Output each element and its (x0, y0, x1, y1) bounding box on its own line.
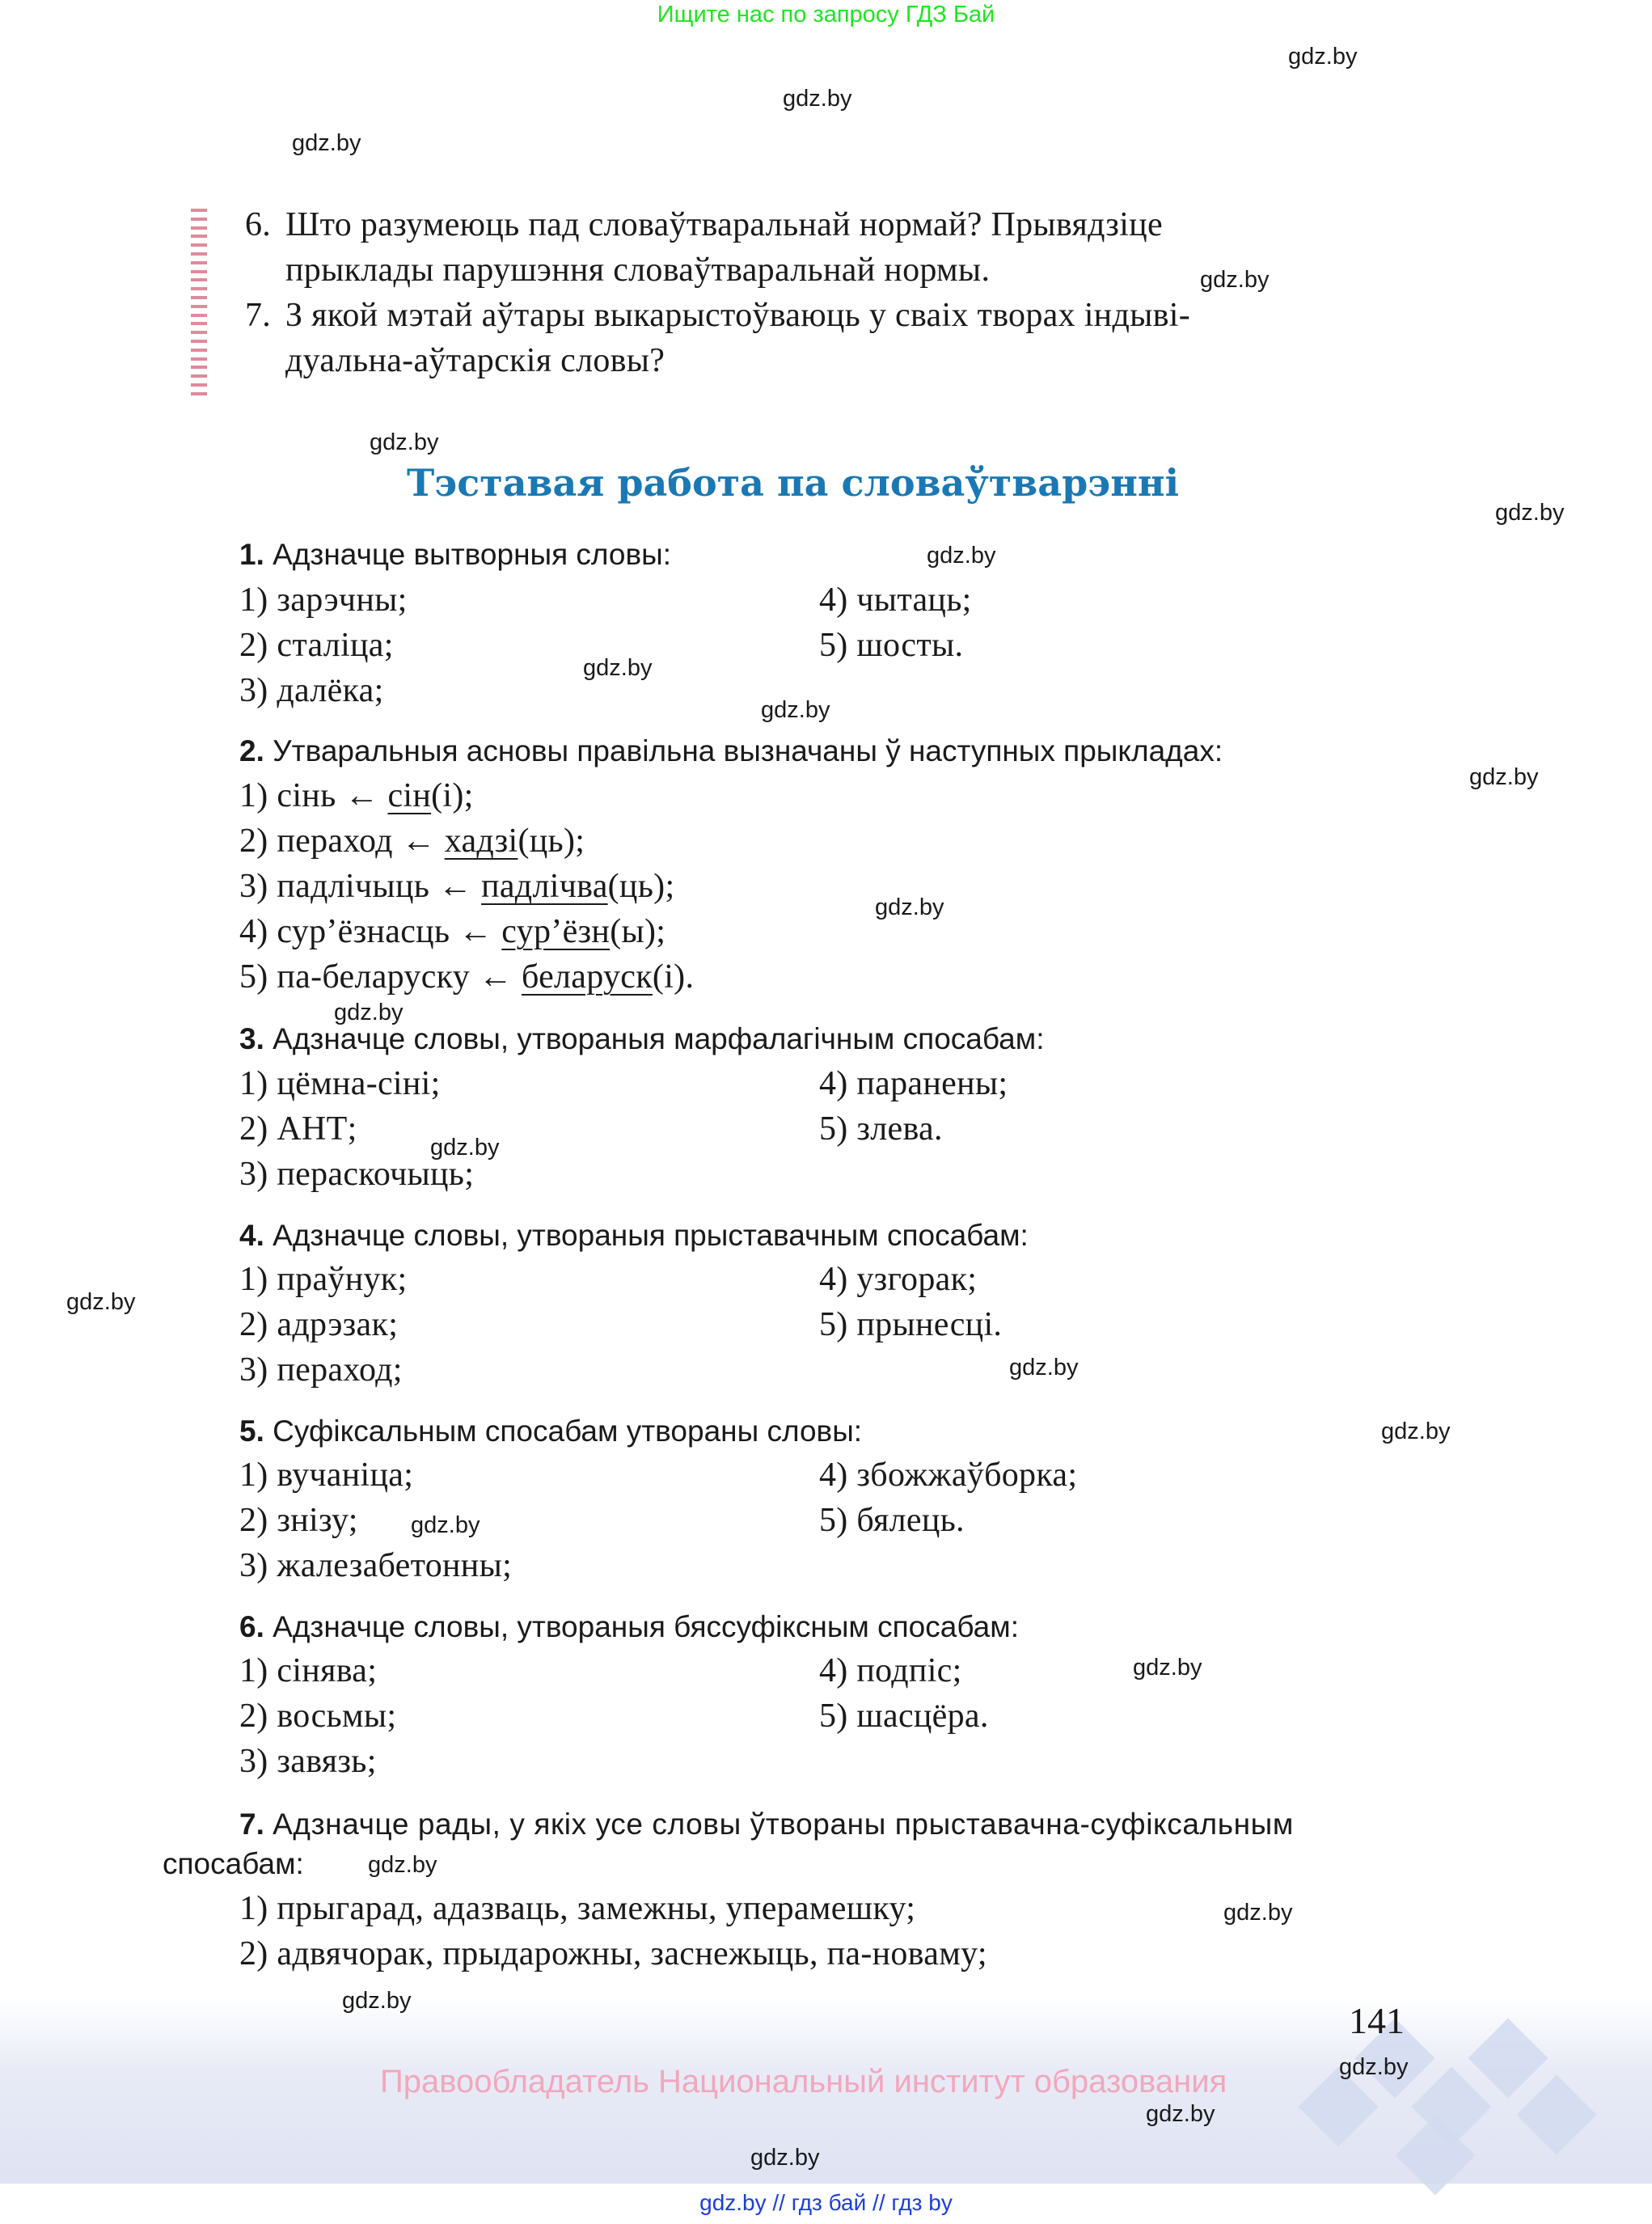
watermark: gdz.by (1381, 1419, 1450, 1445)
test-4-option-4: 4) узгорак; (819, 1260, 977, 1299)
test-item-7-stem-line2: спосабам: (163, 1847, 304, 1881)
watermark: gdz.by (1146, 2101, 1215, 2128)
test-4-option-3: 3) пераход; (239, 1351, 403, 1389)
watermark: gdz.by (927, 543, 995, 569)
watermark: gdz.by (342, 1988, 411, 2015)
watermark: gdz.by (1009, 1355, 1078, 1381)
test-5-option-5: 5) бялець. (819, 1501, 965, 1540)
question-6-number: 6. (245, 205, 271, 244)
decorative-diamond (1468, 2019, 1548, 2099)
test-2-option-2: 2) пераход ← хадзі(ць); (239, 822, 585, 860)
watermark: gdz.by (1133, 1655, 1202, 1681)
section-heading: Тэставая работа па словаўтварэнні (407, 461, 1179, 505)
test-1-option-3: 3) далёка; (239, 671, 384, 710)
test-6-option-1: 1) сінява; (239, 1651, 377, 1690)
test-item-3-stem: 3. Адзначце словы, утвораныя марфалагічн… (239, 1022, 1044, 1056)
test-item-1-stem: 1. Адзначце вытворныя словы: (239, 538, 671, 572)
test-3-option-1: 1) цёмна-сіні; (239, 1064, 441, 1103)
watermark: gdz.by (1339, 2054, 1408, 2081)
test-5-option-1: 1) вучаніца; (239, 1456, 413, 1495)
question-7-line2: дуальна-аўтарскія словы? (285, 341, 665, 380)
bottom-links[interactable]: gdz.by // гдз бай // гдз by (0, 2190, 1652, 2216)
test-7-option-2: 2) адвячорак, прыдарожны, заснежыць, па-… (239, 1934, 987, 1973)
watermark: gdz.by (1288, 44, 1357, 70)
test-item-4-stem: 4. Адзначце словы, утвораныя прыставачны… (239, 1219, 1029, 1253)
test-3-option-4: 4) паранены; (819, 1064, 1008, 1103)
watermark: gdz.by (370, 429, 438, 456)
watermark: gdz.by (783, 86, 851, 112)
question-7-line1: З якой мэтай аўтары выкарыстоўваюць у св… (285, 296, 1190, 335)
watermark: gdz.by (1200, 267, 1269, 294)
test-item-2-stem: 2. Утваральныя асновы правільна вызначан… (239, 734, 1223, 768)
test-6-option-2: 2) восьмы; (239, 1697, 396, 1736)
question-6-line2: прыклады парушэння словаўтваральнай норм… (285, 251, 990, 290)
test-5-option-3: 3) жалезабетонны; (239, 1546, 512, 1585)
test-item-5-stem: 5. Суфіксальным спосабам утвораны словы: (239, 1414, 862, 1448)
test-5-option-2: 2) знізу; (239, 1501, 358, 1540)
test-2-option-1: 1) сінь ← сін(і); (239, 776, 474, 815)
watermark: gdz.by (1469, 764, 1538, 791)
test-4-option-1: 1) праўнук; (239, 1260, 407, 1299)
watermark: gdz.by (1223, 1900, 1292, 1926)
test-3-option-2: 2) АНТ; (239, 1110, 357, 1148)
watermark: gdz.by (368, 1852, 437, 1879)
watermark: gdz.by (1495, 500, 1564, 526)
test-2-option-5: 5) па-беларуску ← беларуск(і). (239, 958, 694, 996)
test-item-7-stem: 7. Адзначце рады, у якіх усе словы ўтвор… (239, 1808, 1413, 1841)
watermark: gdz.by (750, 2145, 819, 2171)
watermark: gdz.by (430, 1135, 499, 1161)
watermark: gdz.by (292, 130, 361, 157)
copyright-notice: Правообладатель Национальный институт об… (380, 2064, 1227, 2100)
test-1-option-4: 4) чытаць; (819, 581, 972, 619)
test-6-option-4: 4) подпіс; (819, 1651, 962, 1690)
test-1-option-5: 5) шосты. (819, 626, 963, 665)
top-banner: Ищите нас по запросу ГДЗ Бай (0, 2, 1652, 28)
watermark: gdz.by (66, 1289, 135, 1316)
test-7-option-1: 1) прыгарад, адазваць, замежны, уперамеш… (239, 1889, 915, 1928)
sidebar-marks (191, 209, 209, 400)
watermark: gdz.by (583, 655, 652, 682)
test-5-option-4: 4) збожжаўборка; (819, 1456, 1077, 1495)
decorative-diamond (1517, 2075, 1597, 2155)
question-6-line1: Што разумеюць пад словаўтваральнай норма… (285, 205, 1163, 244)
test-4-option-5: 5) прынесці. (819, 1305, 1002, 1344)
test-2-option-3: 3) падлічыць ← падлічва(ць); (239, 867, 674, 906)
test-1-option-2: 2) сталіца; (239, 626, 394, 665)
watermark: gdz.by (875, 894, 944, 921)
watermark: gdz.by (411, 1512, 480, 1539)
test-1-option-1: 1) зарэчны; (239, 581, 408, 619)
question-7-number: 7. (245, 296, 271, 335)
page-number: 141 (1349, 1999, 1405, 2042)
watermark: gdz.by (334, 1000, 403, 1026)
test-item-6-stem: 6. Адзначце словы, утвораныя бяссуфіксны… (239, 1610, 1019, 1644)
watermark: gdz.by (761, 697, 830, 724)
test-6-option-3: 3) завязь; (239, 1742, 377, 1781)
test-4-option-2: 2) адрэзак; (239, 1305, 398, 1344)
test-3-option-5: 5) злева. (819, 1110, 943, 1148)
test-6-option-5: 5) шасцёра. (819, 1697, 989, 1736)
test-2-option-4: 4) сур’ёзнасць ← сур’ёзн(ы); (239, 912, 665, 951)
